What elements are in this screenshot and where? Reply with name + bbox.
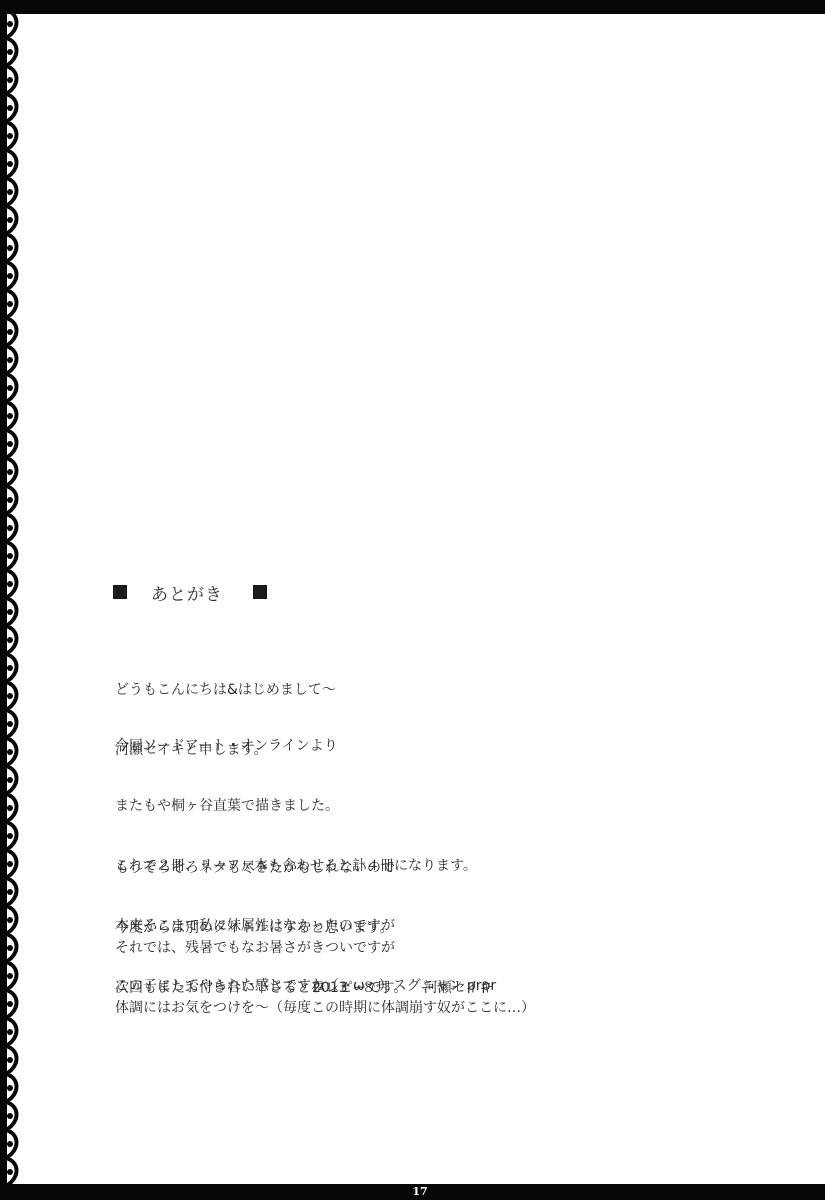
text-line: もうそろそろネタも尽きたかもしれないので [115, 858, 407, 878]
top-border-bar [0, 0, 825, 14]
signature-year: 2013 [312, 978, 348, 998]
signature: 2013 ８月 河瀬セイキ [312, 978, 493, 998]
text-line: またもや桐ヶ谷直葉で描きました。 [115, 796, 496, 816]
signature-month: ８月 [362, 978, 390, 998]
scalloped-left-border [0, 10, 20, 1188]
signature-author: 河瀬セイキ [424, 978, 494, 998]
page-number: 17 [408, 1184, 432, 1200]
text-line: 今回ソードアート・オンラインより [115, 736, 496, 756]
afterword-heading: あとがき [113, 577, 267, 607]
text-line: それでは、残暑でもなお暑さがきついですが [115, 938, 535, 958]
square-bullet-icon [113, 585, 127, 599]
paragraph-closing: それでは、残暑でもなお暑さがきついですが 体調にはお気をつけを～（毎度この時期に… [115, 898, 535, 1038]
text-line: 体調にはお気をつけを～（毎度この時期に体調崩す奴がここに…） [115, 998, 535, 1018]
square-bullet-icon [253, 585, 267, 599]
afterword-title: あとがき [151, 580, 223, 605]
